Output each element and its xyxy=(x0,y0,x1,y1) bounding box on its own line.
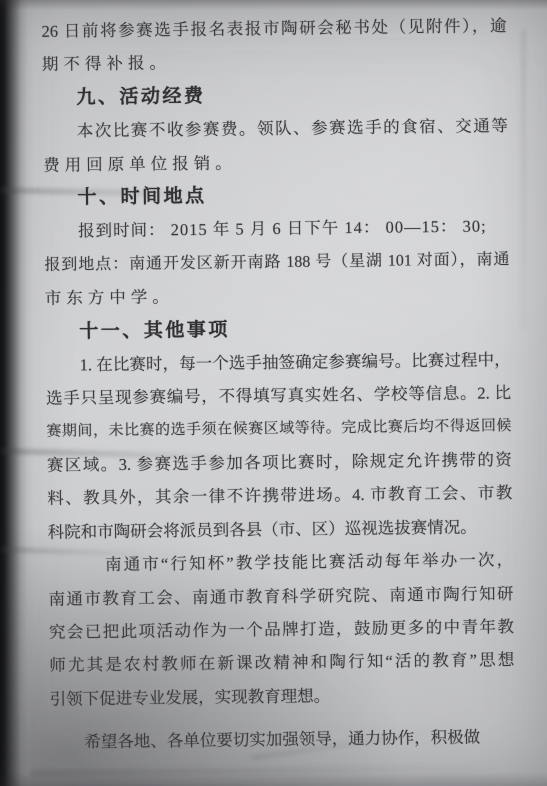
text-line: 引领下促进专业发展，实现教育理想。 xyxy=(50,677,515,716)
photo-top-edge-shadow xyxy=(0,0,547,10)
paper-crease xyxy=(522,30,525,330)
text-line: 赛期间，未比赛的选手须在候赛区域等待。完成比赛后均不得返回候 xyxy=(46,410,511,449)
text-line: 1. 在比赛时，每一个选手抽签确定参赛编号。比赛过程中， xyxy=(45,343,510,382)
text-line: 南通市教育工会、南通市教育科学研究院、南通市陶行知研 xyxy=(48,577,513,616)
heading-section-10: 十、时间地点 xyxy=(43,176,508,215)
text-line: 南通市“行知杯”教学技能比赛活动每年举办一次， xyxy=(48,543,513,582)
text-line: 希望各地、各单位要切实加强领导，通力协作，积极做 xyxy=(50,720,515,759)
text-line: 师尤其是农村教师在新课改精神和陶行知“活的教育”思想 xyxy=(49,644,514,683)
text-line: 期不得补报。 xyxy=(42,43,507,82)
photo-left-edge-shadow xyxy=(0,0,34,786)
text-line: 料、教具外，其余一律不许携带进场。4. 市教育工会、市教 xyxy=(47,477,512,516)
text-line: 26 日前将参赛选手报名表报市陶研会秘书处（见附件），逾 xyxy=(41,9,506,48)
text-line-report-place: 报到地点：南通开发区新开南路 188 号（星湖 101 对面），南通 xyxy=(44,243,509,282)
document-content: 26 日前将参赛选手报名表报市陶研会秘书处（见附件），逾 期不得补报。 九、活动… xyxy=(41,9,515,759)
text-line: 本次比赛不收参赛费。领队、参赛选手的食宿、交通等 xyxy=(43,109,508,148)
heading-section-9: 九、活动经费 xyxy=(42,76,507,115)
text-line: 科院和市陶研会将派员到各县（市、区）巡视选拔赛情况。 xyxy=(47,510,512,549)
text-line: 市东方中学。 xyxy=(45,276,510,315)
text-line: 赛区域。3. 参赛选手参加各项比赛时，除规定允许携带的资 xyxy=(47,443,512,482)
text-line: 究会已把此项活动作为一个品牌打造，鼓励更多的中青年教 xyxy=(49,610,514,649)
heading-section-11: 十一、其他事项 xyxy=(45,310,510,349)
text-line: 费用回原单位报销。 xyxy=(43,143,508,182)
text-line: 选手只呈现参赛编号，不得填写真实姓名、学校等信息。2. 比 xyxy=(46,376,511,415)
text-line-report-time: 报到时间： 2015 年 5 月 6 日下午 14： 00—15： 30; xyxy=(44,210,509,249)
